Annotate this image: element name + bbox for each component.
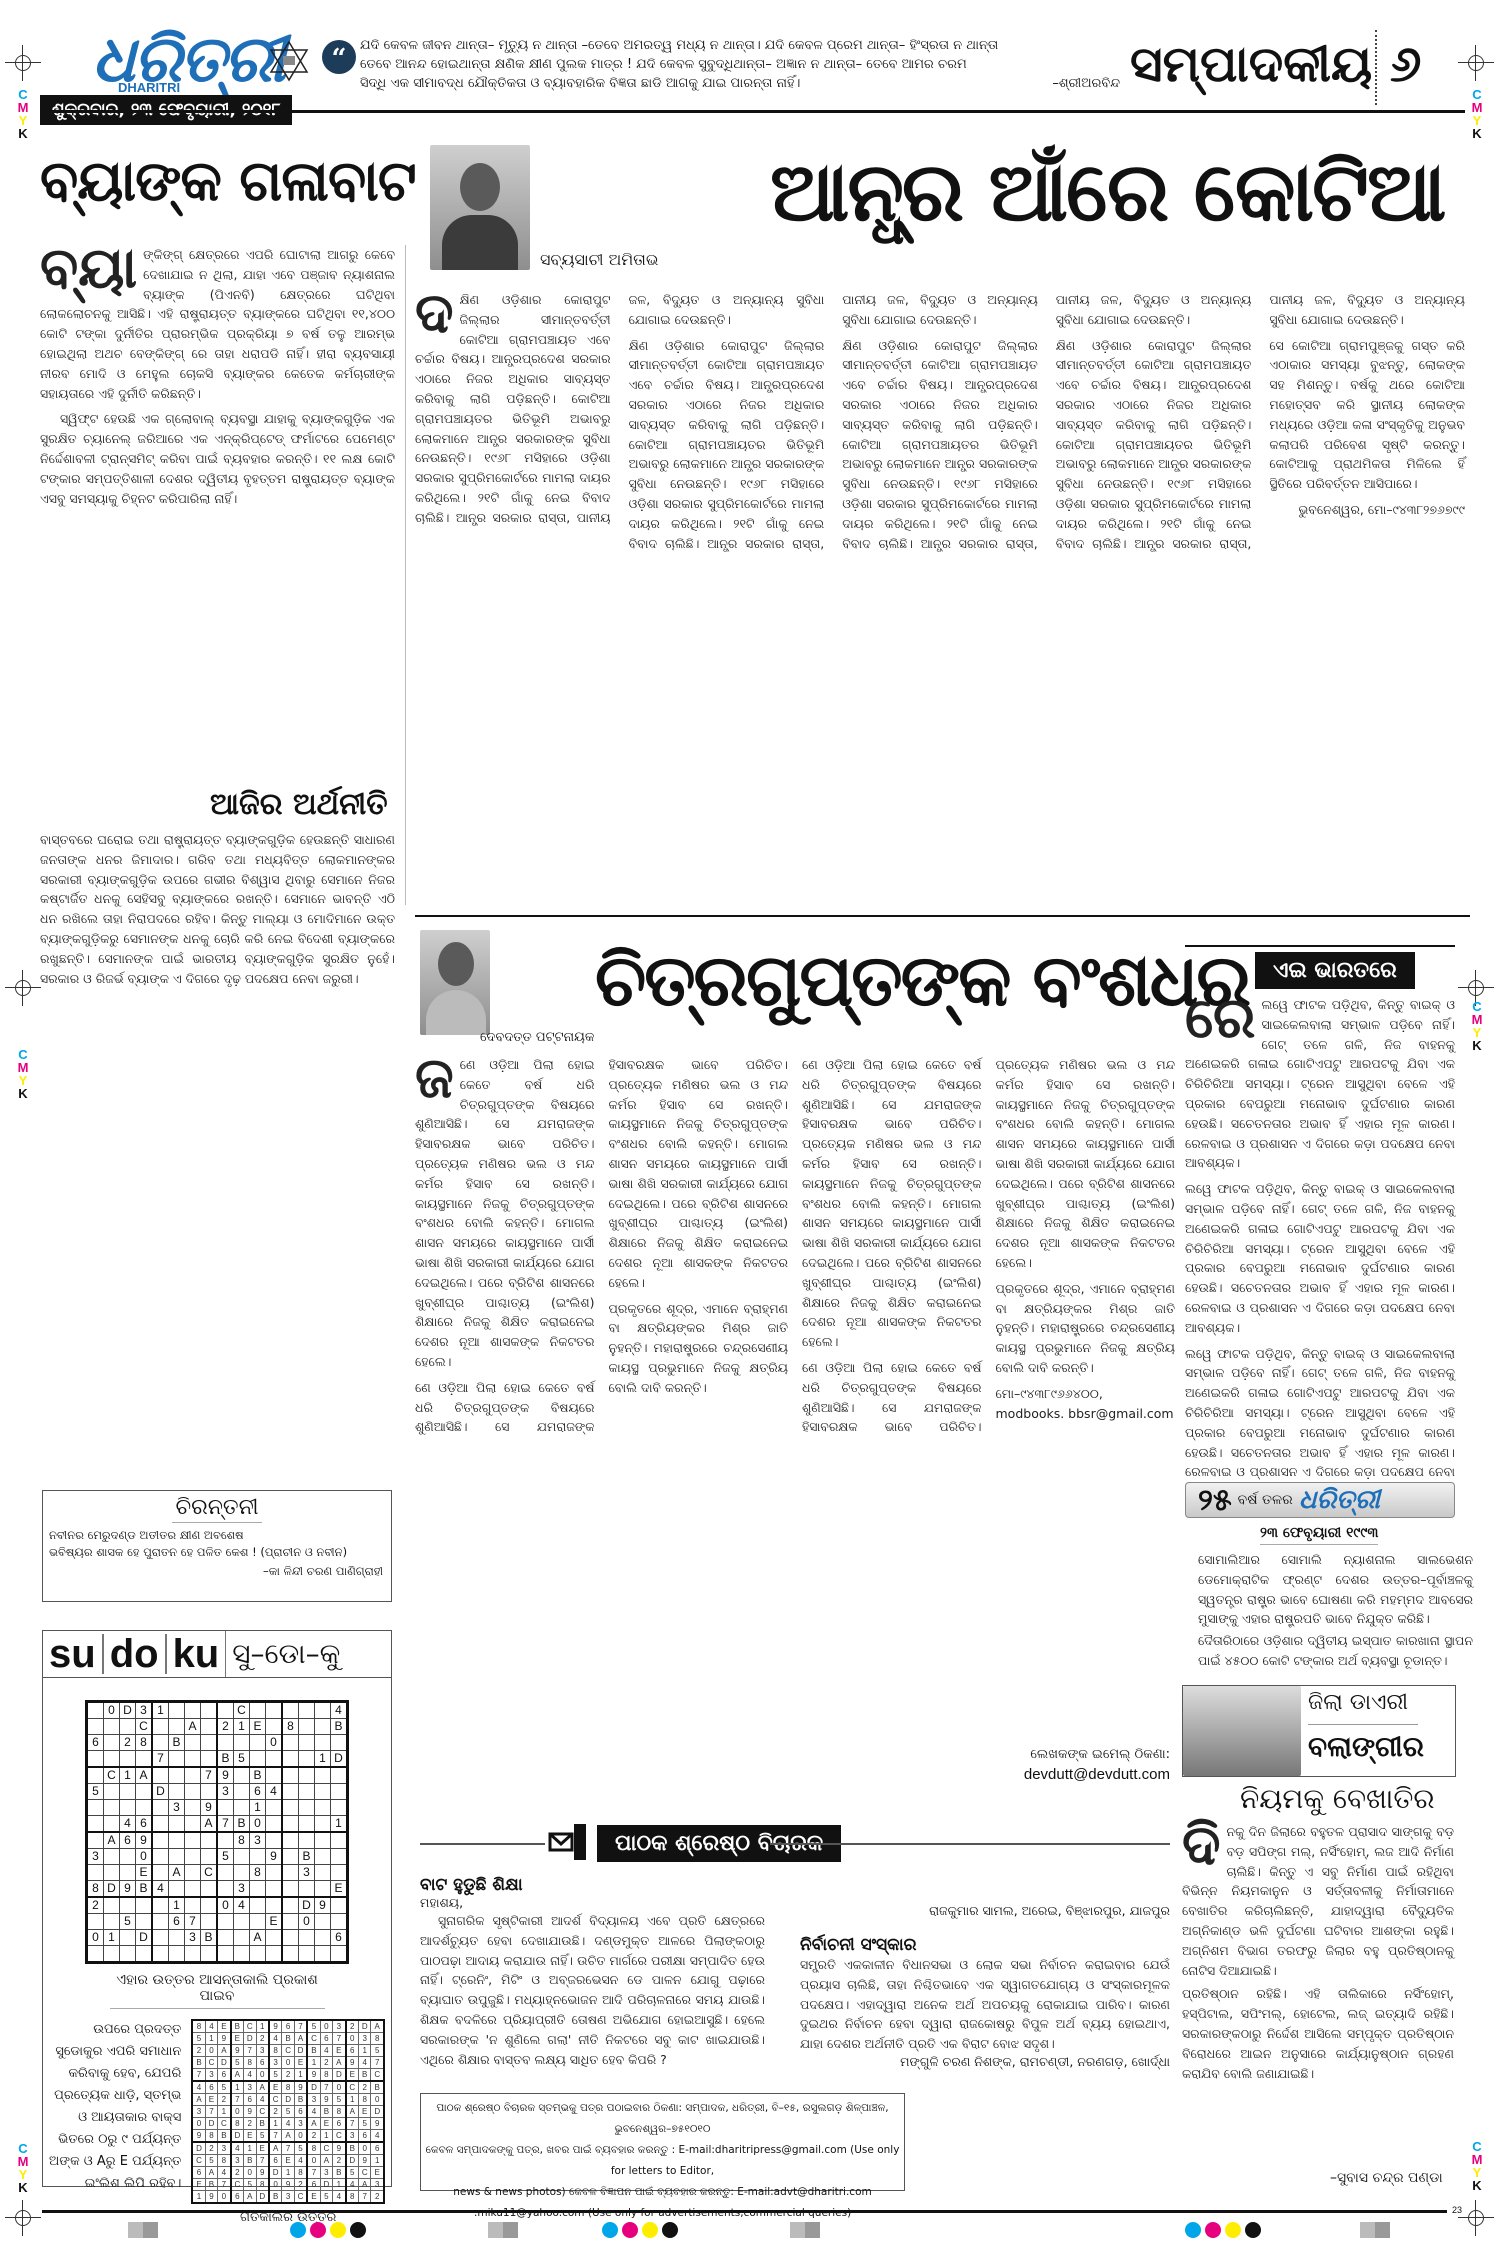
sudoku-cell[interactable] <box>136 1914 153 1930</box>
sudoku-cell[interactable] <box>120 1784 136 1800</box>
sudoku-cell[interactable] <box>282 1800 299 1816</box>
sudoku-cell[interactable] <box>87 1946 104 1963</box>
sudoku-cell[interactable]: 6 <box>169 1914 185 1930</box>
sudoku-cell[interactable] <box>315 1800 331 1816</box>
sudoku-cell[interactable] <box>87 1832 104 1849</box>
sudoku-cell[interactable] <box>315 1946 331 1963</box>
sudoku-cell[interactable] <box>331 1914 348 1930</box>
sudoku-cell[interactable] <box>299 1767 315 1784</box>
sudoku-cell[interactable] <box>315 1719 331 1735</box>
sudoku-cell[interactable] <box>315 1914 331 1930</box>
sudoku-cell[interactable] <box>152 1930 169 1946</box>
sudoku-cell[interactable]: 2 <box>217 1719 234 1735</box>
sudoku-cell[interactable] <box>185 1897 201 1914</box>
sudoku-cell[interactable] <box>104 1735 120 1751</box>
sudoku-cell[interactable] <box>266 1816 283 1833</box>
sudoku-cell[interactable] <box>185 1751 201 1768</box>
sudoku-cell[interactable] <box>152 1897 169 1914</box>
solution-cell: D <box>269 2167 282 2179</box>
sudoku-cell[interactable]: 2 <box>87 1897 104 1914</box>
sudoku-cell[interactable] <box>315 1881 331 1898</box>
sudoku-cell[interactable]: A <box>185 1719 201 1735</box>
sudoku-cell[interactable] <box>331 1849 348 1865</box>
sudoku-cell[interactable] <box>282 1930 299 1946</box>
sudoku-cell[interactable] <box>169 1816 185 1833</box>
sudoku-cell[interactable]: 8 <box>234 1832 250 1849</box>
sudoku-cell[interactable] <box>331 1865 348 1881</box>
sudoku-cell[interactable] <box>120 1751 136 1768</box>
sudoku-cell[interactable] <box>185 1816 201 1833</box>
sudoku-cell[interactable] <box>299 1702 315 1719</box>
sudoku-cell[interactable]: 8 <box>282 1719 299 1735</box>
sudoku-cell[interactable] <box>282 1702 299 1719</box>
sudoku-cell[interactable] <box>315 1702 331 1719</box>
sudoku-cell[interactable] <box>266 1751 283 1768</box>
sudoku-cell[interactable] <box>234 1735 250 1751</box>
sudoku-cell[interactable] <box>299 1930 315 1946</box>
sudoku-cell[interactable] <box>136 1800 153 1816</box>
history-item: ଦୈତାରିଠାରେ ଓଡ଼ିଶାର ଦ୍ୱିତୀୟ ଇସ୍ପାତ କାରଖାନ… <box>1198 1631 1473 1671</box>
sudoku-cell[interactable] <box>201 1897 218 1914</box>
sudoku-cell[interactable]: C <box>234 1702 250 1719</box>
sudoku-cell[interactable] <box>217 1735 234 1751</box>
sudoku-cell[interactable] <box>152 1865 169 1881</box>
sudoku-cell[interactable] <box>250 1751 266 1768</box>
sudoku-cell[interactable] <box>185 1735 201 1751</box>
sudoku-cell[interactable]: 6 <box>250 1784 266 1800</box>
solution-cell: A <box>282 2130 294 2143</box>
sudoku-cell[interactable] <box>152 1946 169 1963</box>
solution-cell: 4 <box>333 2191 346 2204</box>
sudoku-cell[interactable] <box>234 1914 250 1930</box>
sudoku-cell[interactable] <box>136 1751 153 1768</box>
sudoku-cell[interactable] <box>152 1832 169 1849</box>
sudoku-cell[interactable] <box>234 1784 250 1800</box>
sudoku-cell[interactable] <box>282 1946 299 1963</box>
sudoku-cell[interactable] <box>331 1832 348 1849</box>
sudoku-cell[interactable] <box>152 1735 169 1751</box>
sudoku-cell[interactable] <box>217 1832 234 1849</box>
sudoku-cell[interactable]: 3 <box>185 1930 201 1946</box>
sudoku-cell[interactable]: 4 <box>234 1897 250 1914</box>
sudoku-cell[interactable]: 3 <box>217 1784 234 1800</box>
sudoku-cell[interactable]: D <box>299 1897 315 1914</box>
sudoku-cell[interactable]: C <box>136 1719 153 1735</box>
sudoku-cell[interactable]: 6 <box>87 1735 104 1751</box>
sudoku-cell[interactable] <box>136 1946 153 1963</box>
sudoku-cell[interactable] <box>87 1800 104 1816</box>
sudoku-cell[interactable] <box>299 1784 315 1800</box>
sudoku-cell[interactable] <box>152 1719 169 1735</box>
sudoku-cell[interactable]: B <box>169 1735 185 1751</box>
sudoku-cell[interactable] <box>331 1767 348 1784</box>
sudoku-cell[interactable] <box>87 1865 104 1881</box>
sudoku-cell[interactable]: 4 <box>120 1816 136 1833</box>
sudoku-cell[interactable]: 0 <box>87 1930 104 1946</box>
sudoku-cell[interactable] <box>299 1881 315 1898</box>
sudoku-cell[interactable] <box>201 1719 218 1735</box>
sudoku-cell[interactable] <box>266 1881 283 1898</box>
sudoku-cell[interactable]: 3 <box>250 1832 266 1849</box>
sudoku-cell[interactable] <box>169 1751 185 1768</box>
sudoku-cell[interactable] <box>120 1865 136 1881</box>
sudoku-cell[interactable]: 3 <box>169 1800 185 1816</box>
solution-cell: 8 <box>205 2130 217 2143</box>
solution-cell: 1 <box>359 2045 371 2057</box>
sudoku-cell[interactable] <box>104 1784 120 1800</box>
sudoku-cell[interactable] <box>315 1930 331 1946</box>
sudoku-cell[interactable] <box>169 1719 185 1735</box>
sudoku-cell[interactable]: 8 <box>136 1735 153 1751</box>
sudoku-cell[interactable]: B <box>331 1719 348 1735</box>
sudoku-cell[interactable] <box>152 1767 169 1784</box>
sudoku-cell[interactable] <box>299 1735 315 1751</box>
sudoku-cell[interactable]: D <box>136 1930 153 1946</box>
sudoku-cell[interactable]: B <box>217 1751 234 1768</box>
sudoku-cell[interactable] <box>201 1702 218 1719</box>
sudoku-cell[interactable] <box>315 1865 331 1881</box>
sudoku-cell[interactable]: 1 <box>152 1702 169 1719</box>
sudoku-cell[interactable] <box>315 1767 331 1784</box>
history-item: ସୋମାଲିଆର ସୋମାଲି ନ୍ୟାଶନାଲ ସାଲଭେଶନ ଡେମୋକ୍ର… <box>1198 1550 1473 1629</box>
sudoku-cell[interactable] <box>315 1735 331 1751</box>
sudoku-cell[interactable] <box>169 1702 185 1719</box>
sudoku-cell[interactable]: 9 <box>266 1849 283 1865</box>
solution-cell: 4 <box>294 2155 307 2167</box>
sudoku-cell[interactable] <box>282 1751 299 1768</box>
sudoku-cell[interactable] <box>217 1702 234 1719</box>
sudoku-cell[interactable]: C <box>201 1865 218 1881</box>
sudoku-cell[interactable] <box>250 1735 266 1751</box>
sudoku-cell[interactable]: 7 <box>185 1914 201 1930</box>
sudoku-cell[interactable] <box>120 1800 136 1816</box>
sudoku-cell[interactable] <box>282 1735 299 1751</box>
sudoku-cell[interactable]: 9 <box>217 1767 234 1784</box>
sudoku-cell[interactable] <box>185 1832 201 1849</box>
sudoku-cell[interactable]: 1 <box>315 1751 331 1768</box>
sudoku-cell[interactable]: 8 <box>87 1881 104 1898</box>
sudoku-cell[interactable] <box>87 1767 104 1784</box>
sudoku-cell[interactable]: A <box>104 1832 120 1849</box>
sudoku-cell[interactable] <box>282 1881 299 1898</box>
sudoku-cell[interactable] <box>331 1897 348 1914</box>
sudoku-cell[interactable] <box>217 1800 234 1816</box>
sudoku-cell[interactable]: 0 <box>136 1849 153 1865</box>
solution-cell: 7 <box>294 2020 307 2033</box>
sudoku-cell[interactable]: 3 <box>299 1865 315 1881</box>
sudoku-cell[interactable] <box>87 1816 104 1833</box>
sudoku-cell[interactable] <box>120 1849 136 1865</box>
sudoku-cell[interactable] <box>169 1946 185 1963</box>
sudoku-cell[interactable] <box>234 1767 250 1784</box>
sudoku-cell[interactable] <box>185 1702 201 1719</box>
sudoku-cell[interactable] <box>201 1751 218 1768</box>
sudoku-cell[interactable] <box>169 1881 185 1898</box>
sudoku-cell[interactable]: 0 <box>104 1702 120 1719</box>
sudoku-cell[interactable] <box>217 1930 234 1946</box>
sudoku-cell[interactable]: 9 <box>120 1881 136 1898</box>
sudoku-cell[interactable]: A <box>250 1930 266 1946</box>
sudoku-cell[interactable]: 0 <box>266 1735 283 1751</box>
solution-cell: D <box>282 2094 294 2106</box>
sudoku-cell[interactable] <box>136 1784 153 1800</box>
sudoku-cell[interactable] <box>282 1832 299 1849</box>
sudoku-cell[interactable] <box>282 1865 299 1881</box>
sudoku-cell[interactable]: B <box>234 1816 250 1833</box>
sudoku-cell[interactable]: D <box>104 1881 120 1898</box>
sudoku-cell[interactable] <box>266 1832 283 1849</box>
sudoku-cell[interactable] <box>201 1784 218 1800</box>
sudoku-cell[interactable] <box>234 1849 250 1865</box>
sudoku-cell[interactable]: E <box>331 1881 348 1898</box>
sudoku-cell[interactable]: B <box>250 1767 266 1784</box>
sudoku-cell[interactable] <box>234 1930 250 1946</box>
sudoku-cell[interactable] <box>104 1849 120 1865</box>
sudoku-cell[interactable] <box>315 1849 331 1865</box>
sudoku-cell[interactable]: 7 <box>217 1816 234 1833</box>
sudoku-cell[interactable]: E <box>136 1865 153 1881</box>
sudoku-cell[interactable] <box>185 1946 201 1963</box>
sudoku-cell[interactable] <box>201 1946 218 1963</box>
sudoku-cell[interactable] <box>104 1865 120 1881</box>
solution-cell: 1 <box>244 2142 256 2155</box>
sudoku-cell[interactable] <box>315 1832 331 1849</box>
sudoku-cell[interactable] <box>282 1767 299 1784</box>
sudoku-cell[interactable] <box>185 1865 201 1881</box>
sudoku-cell[interactable]: 6 <box>120 1832 136 1849</box>
sudoku-cell[interactable]: 5 <box>87 1784 104 1800</box>
sudoku-cell[interactable]: 3 <box>136 1702 153 1719</box>
sudoku-cell[interactable] <box>201 1914 218 1930</box>
solution-cell: 2 <box>218 2094 231 2106</box>
sudoku-cell[interactable] <box>282 1849 299 1865</box>
sudoku-cell[interactable] <box>266 1767 283 1784</box>
sudoku-cell[interactable]: 3 <box>234 1881 250 1898</box>
solution-cell: A <box>346 2106 359 2118</box>
sudoku-cell[interactable] <box>217 1914 234 1930</box>
sudoku-cell[interactable]: 9 <box>201 1800 218 1816</box>
sudoku-cell[interactable] <box>152 1914 169 1930</box>
sudoku-cell[interactable] <box>266 1946 283 1963</box>
sudoku-cell[interactable]: 8 <box>250 1865 266 1881</box>
sudoku-cell[interactable]: 4 <box>331 1702 348 1719</box>
sudoku-cell[interactable]: B <box>136 1881 153 1898</box>
sudoku-cell[interactable] <box>282 1816 299 1833</box>
sudoku-cell[interactable] <box>282 1897 299 1914</box>
editorial-dropcap: ବ୍ୟା <box>40 245 137 293</box>
sudoku-cell[interactable] <box>266 1719 283 1735</box>
editorial-body: ବ୍ୟା ଙ୍କିଙ୍ଗ୍ କ୍ଷେତ୍ରରେ ଏପରି ଘୋଟାଲା ଆଗରୁ… <box>40 245 395 514</box>
sudoku-cell[interactable] <box>299 1946 315 1963</box>
sudoku-cell[interactable] <box>299 1751 315 1768</box>
solution-cell: 5 <box>269 2069 282 2082</box>
sudoku-grid[interactable]: 0D31C4CA21E8B628B07B51DC1A79B5D36439146A… <box>85 1700 349 1964</box>
solution-cell: C <box>282 2045 294 2057</box>
sudoku-cell[interactable] <box>250 1946 266 1963</box>
sudoku-cell[interactable] <box>185 1881 201 1898</box>
cmyk-marker-bottom-right: CMYK <box>1470 2140 1484 2192</box>
sudoku-cell[interactable] <box>234 1800 250 1816</box>
sudoku-cell[interactable]: 9 <box>315 1897 331 1914</box>
sudoku-cell[interactable] <box>120 1930 136 1946</box>
solution-cell: A <box>320 2155 332 2167</box>
district-reporter: –ସୁବାସ ଚନ୍ଦ୍ର ପଣ୍ଡା <box>1330 2170 1443 2186</box>
sudoku-cell[interactable] <box>201 1735 218 1751</box>
readers-address-box: ପାଠକ ଶ୍ରେଷ୍ଠ ବିଚାରକ ସ୍ତମ୍ଭକୁ ପତ୍ର ପଠାଇବା… <box>420 2093 905 2191</box>
solution-cell: 6 <box>218 2069 231 2082</box>
sudoku-cell[interactable] <box>152 1800 169 1816</box>
sudoku-cell[interactable]: 5 <box>217 1849 234 1865</box>
author-email-link[interactable]: devdutt@devdutt.com <box>1000 1765 1170 1785</box>
sudoku-cell[interactable] <box>185 1800 201 1816</box>
sudoku-cell[interactable] <box>266 1930 283 1946</box>
solution-cell: 6 <box>192 2167 205 2179</box>
sudoku-cell[interactable]: B <box>201 1930 218 1946</box>
solution-cell: C <box>320 2142 332 2155</box>
sudoku-cell[interactable] <box>299 1832 315 1849</box>
sudoku-cell[interactable] <box>282 1914 299 1930</box>
sudoku-cell[interactable] <box>87 1702 104 1719</box>
sudoku-cell[interactable] <box>299 1816 315 1833</box>
sudoku-cell[interactable] <box>104 1914 120 1930</box>
sudoku-cell[interactable]: 1 <box>104 1930 120 1946</box>
sudoku-cell[interactable]: 4 <box>266 1784 283 1800</box>
sudoku-cell[interactable] <box>169 1832 185 1849</box>
sudoku-cell[interactable]: 0 <box>250 1816 266 1833</box>
sudoku-cell[interactable]: 5 <box>234 1751 250 1768</box>
sudoku-cell[interactable] <box>299 1719 315 1735</box>
solution-cell: 2 <box>192 2045 205 2057</box>
sudoku-cell[interactable] <box>169 1930 185 1946</box>
sudoku-cell[interactable] <box>331 1800 348 1816</box>
sudoku-cell[interactable]: E <box>266 1914 283 1930</box>
sudoku-cell[interactable] <box>152 1816 169 1833</box>
sudoku-cell[interactable]: 1 <box>169 1897 185 1914</box>
sudoku-cell[interactable] <box>201 1881 218 1898</box>
sudoku-cell[interactable] <box>266 1897 283 1914</box>
sudoku-cell[interactable] <box>104 1751 120 1768</box>
sudoku-cell[interactable] <box>315 1784 331 1800</box>
sudoku-cell[interactable] <box>201 1832 218 1849</box>
sudoku-cell[interactable]: D <box>152 1784 169 1800</box>
sudoku-cell[interactable] <box>250 1849 266 1865</box>
solution-cell: 5 <box>244 2179 256 2191</box>
sudoku-cell[interactable] <box>185 1784 201 1800</box>
sudoku-cell[interactable] <box>331 1784 348 1800</box>
sudoku-cell[interactable] <box>315 1816 331 1833</box>
sudoku-cell[interactable]: 1 <box>120 1767 136 1784</box>
solution-cell: 6 <box>359 2130 371 2143</box>
sudoku-cell[interactable]: 5 <box>120 1914 136 1930</box>
sudoku-cell[interactable] <box>250 1702 266 1719</box>
sudoku-cell[interactable] <box>217 1946 234 1963</box>
sudoku-cell[interactable]: 7 <box>152 1751 169 1768</box>
sudoku-cell[interactable] <box>104 1800 120 1816</box>
solution-cell: A <box>307 2118 320 2130</box>
sudoku-cell[interactable] <box>250 1881 266 1898</box>
sudoku-cell[interactable]: A <box>136 1767 153 1784</box>
sudoku-cell[interactable] <box>87 1719 104 1735</box>
sudoku-cell[interactable] <box>120 1897 136 1914</box>
sudoku-cell[interactable] <box>152 1849 169 1865</box>
solution-cell: 0 <box>244 2167 256 2179</box>
solution-cell: 2 <box>205 2142 217 2155</box>
sudoku-cell[interactable]: 3 <box>87 1849 104 1865</box>
solution-cell: 9 <box>359 2155 371 2167</box>
solution-cell: 4 <box>256 2094 269 2106</box>
sudoku-cell[interactable] <box>120 1719 136 1735</box>
sudoku-cell[interactable]: 1 <box>250 1800 266 1816</box>
sudoku-cell[interactable] <box>104 1946 120 1963</box>
chirantani-author: –କା ଳିନ୍ଦୀ ଚରଣ ପାଣିଗ୍ରାହୀ <box>43 1561 391 1581</box>
sudoku-cell[interactable]: A <box>169 1865 185 1881</box>
chirantani-box: ଚିରନ୍ତନୀ ନବୀନର ମେରୁଦଣ୍ଡ ଅତୀତର କ୍ଷୀଣ ଅବଶେ… <box>42 1490 392 1602</box>
sudoku-cell[interactable] <box>331 1946 348 1963</box>
sudoku-cell[interactable]: 6 <box>331 1930 348 1946</box>
sudoku-cell[interactable]: 9 <box>136 1832 153 1849</box>
solution-cell: 3 <box>231 2155 244 2167</box>
sudoku-cell[interactable] <box>250 1897 266 1914</box>
sudoku-cell[interactable] <box>169 1784 185 1800</box>
solution-cell: E <box>320 2118 332 2130</box>
sudoku-cell[interactable]: 0 <box>217 1897 234 1914</box>
sudoku-cell[interactable]: E <box>250 1719 266 1735</box>
sudoku-cell[interactable] <box>234 1865 250 1881</box>
sudoku-cell[interactable] <box>331 1735 348 1751</box>
sudoku-cell[interactable] <box>185 1767 201 1784</box>
sudoku-cell[interactable] <box>120 1946 136 1963</box>
solution-cell: 8 <box>294 2167 307 2179</box>
sudoku-cell[interactable] <box>136 1897 153 1914</box>
sudoku-cell[interactable] <box>185 1849 201 1865</box>
solution-cell: A <box>269 2142 282 2155</box>
sudoku-cell[interactable] <box>266 1702 283 1719</box>
sudoku-cell[interactable] <box>104 1897 120 1914</box>
sudoku-cell[interactable]: D <box>331 1751 348 1768</box>
sudoku-cell[interactable]: B <box>299 1849 315 1865</box>
cmyk-dots <box>290 2222 370 2242</box>
sudoku-cell[interactable] <box>87 1751 104 1768</box>
sudoku-cell[interactable] <box>201 1849 218 1865</box>
sudoku-cell[interactable] <box>266 1800 283 1816</box>
sudoku-cell[interactable] <box>250 1914 266 1930</box>
sudoku-cell[interactable] <box>87 1914 104 1930</box>
sudoku-cell[interactable]: 4 <box>152 1881 169 1898</box>
sudoku-cell[interactable]: 2 <box>120 1735 136 1751</box>
sudoku-cell[interactable] <box>282 1784 299 1800</box>
solution-cell: A <box>294 2033 307 2045</box>
sudoku-cell[interactable] <box>169 1767 185 1784</box>
sudoku-cell[interactable]: D <box>120 1702 136 1719</box>
sudoku-cell[interactable]: 1 <box>331 1816 348 1833</box>
sudoku-cell[interactable]: 6 <box>136 1816 153 1833</box>
solution-cell: B <box>333 2167 346 2179</box>
sudoku-cell[interactable] <box>217 1865 234 1881</box>
sudoku-cell[interactable]: A <box>201 1816 218 1833</box>
sudoku-cell[interactable] <box>299 1800 315 1816</box>
sudoku-cell[interactable] <box>169 1849 185 1865</box>
sudoku-cell[interactable] <box>104 1816 120 1833</box>
sudoku-cell[interactable] <box>217 1881 234 1898</box>
sudoku-cell[interactable] <box>234 1946 250 1963</box>
sudoku-cell[interactable]: 1 <box>234 1719 250 1735</box>
sudoku-cell[interactable]: 0 <box>299 1914 315 1930</box>
sudoku-cell[interactable] <box>104 1719 120 1735</box>
sudoku-cell[interactable]: 7 <box>201 1767 218 1784</box>
sudoku-cell[interactable]: C <box>104 1767 120 1784</box>
sudoku-cell[interactable] <box>266 1865 283 1881</box>
column-divider <box>405 245 406 905</box>
